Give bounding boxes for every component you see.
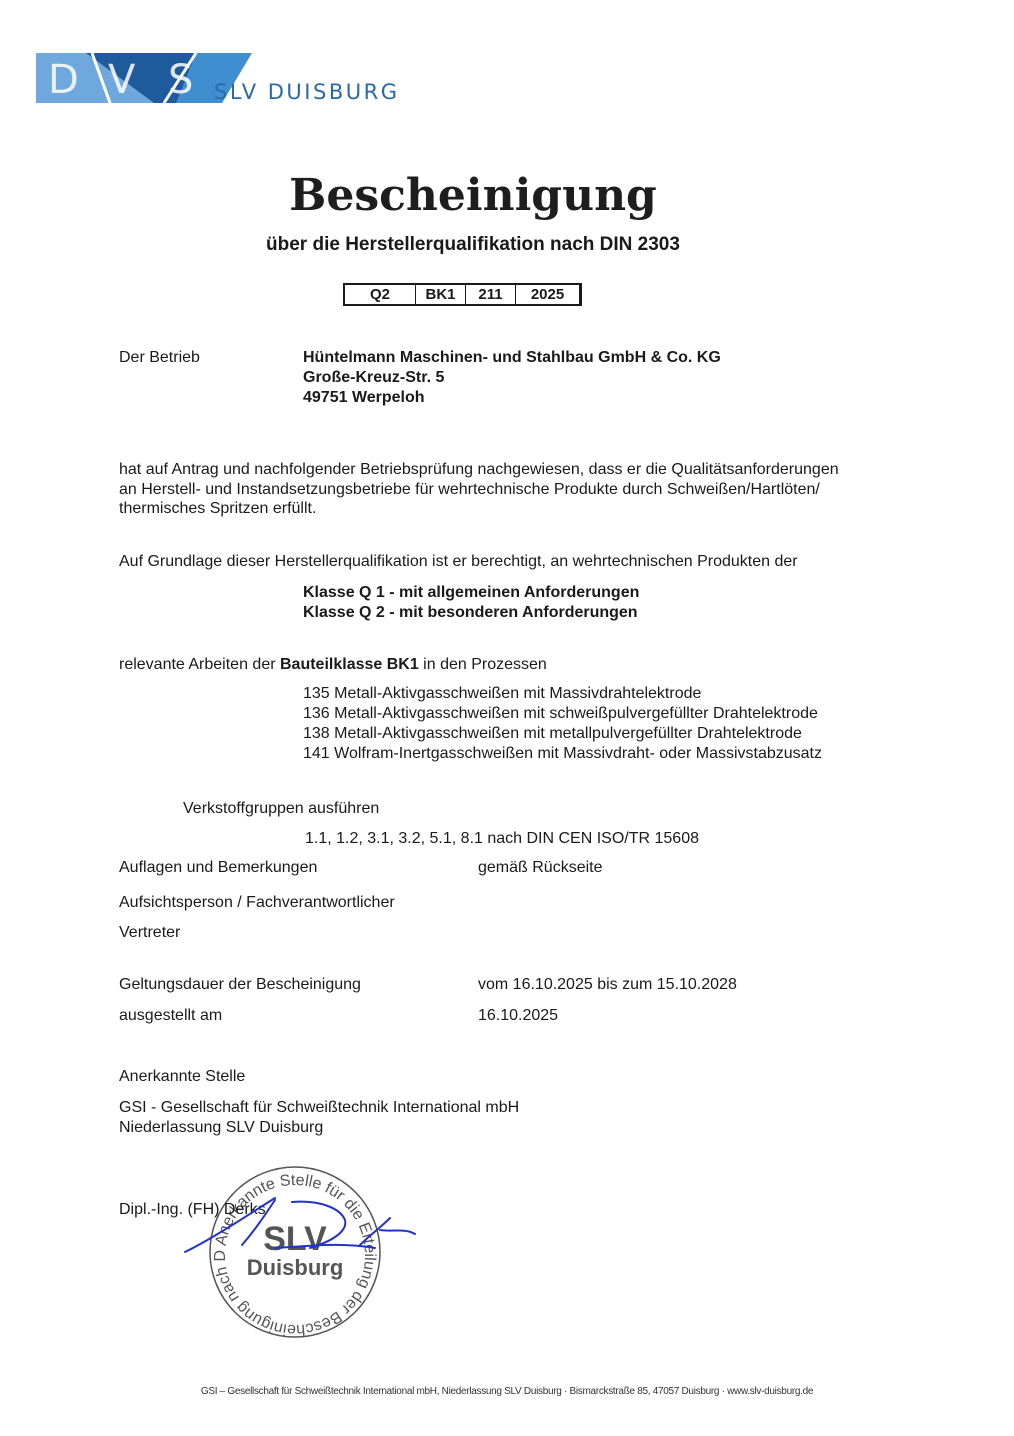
reference-number: 211 xyxy=(465,285,515,304)
supervisor-label: Aufsichtsperson / Fachverantwortlicher xyxy=(119,893,395,912)
remarks-label: Auflagen und Bemerkungen xyxy=(119,858,317,877)
class-q1: Klasse Q 1 - mit allgemeinen Anforderung… xyxy=(303,583,639,603)
deputy-label: Vertreter xyxy=(119,923,180,942)
statement-line: hat auf Antrag und nachfolgender Betrieb… xyxy=(119,460,909,480)
process-item: 141 Wolfram-Inertgasschweißen mit Massiv… xyxy=(303,744,822,764)
issued-label: ausgestellt am xyxy=(119,1006,222,1025)
component-class: Bauteilklasse BK1 xyxy=(280,656,419,673)
materials-value: 1.1, 1.2, 3.1, 3.2, 5.1, 8.1 nach DIN CE… xyxy=(305,829,699,848)
class-q2: Klasse Q 2 - mit besonderen Anforderunge… xyxy=(303,603,639,623)
authority-label: Anerkannte Stelle xyxy=(119,1067,245,1086)
validity-value: vom 16.10.2025 bis zum 15.10.2028 xyxy=(478,975,737,994)
reference-component-class: BK1 xyxy=(415,285,465,304)
validity-label: Geltungsdauer der Bescheinigung xyxy=(119,975,361,994)
process-item: 135 Metall-Aktivgasschweißen mit Massivd… xyxy=(303,684,822,704)
process-item: 138 Metall-Aktivgasschweißen mit metallp… xyxy=(303,724,822,744)
statement-line: thermisches Spritzen erfüllt. xyxy=(119,499,909,519)
company-label: Der Betrieb xyxy=(119,348,200,367)
statement-line: an Herstell- und Instandsetzungsbetriebe… xyxy=(119,480,909,500)
materials-label: Verkstoffgruppen ausführen xyxy=(183,799,379,818)
company-street: Große-Kreuz-Str. 5 xyxy=(303,368,721,388)
page-footer: GSI – Gesellschaft für Schweißtechnik In… xyxy=(0,1386,1014,1397)
document-subtitle: über die Herstellerqualifikation nach DI… xyxy=(0,234,946,256)
statement-paragraph: hat auf Antrag und nachfolgender Betrieb… xyxy=(119,460,909,519)
authority-branch: Niederlassung SLV Duisburg xyxy=(119,1118,323,1137)
relevant-work-text: relevante Arbeiten der Bauteilklasse BK1… xyxy=(119,655,547,674)
quality-classes: Klasse Q 1 - mit allgemeinen Anforderung… xyxy=(303,583,639,623)
signature xyxy=(180,1190,420,1270)
issued-value: 16.10.2025 xyxy=(478,1006,558,1025)
reference-year: 2025 xyxy=(515,285,579,304)
company-address: Hüntelmann Maschinen- und Stahlbau GmbH … xyxy=(303,348,721,408)
logo-letter-v: V xyxy=(108,57,136,103)
logo-letter-d: D xyxy=(48,57,79,103)
remarks-value: gemäß Rückseite xyxy=(478,858,603,877)
reference-number-box: Q2 BK1 211 2025 xyxy=(343,283,582,306)
signature-scribble xyxy=(180,1190,420,1270)
entitlement-text: Auf Grundlage dieser Herstellerqualifika… xyxy=(119,552,909,571)
process-item: 136 Metall-Aktivgasschweißen mit schweiß… xyxy=(303,704,822,724)
reference-class: Q2 xyxy=(345,285,415,304)
authority-name: GSI - Gesellschaft für Schweißtechnik In… xyxy=(119,1098,519,1117)
document-title: Bescheinigung xyxy=(0,170,946,221)
logo-subtitle: SLV DUISBURG xyxy=(214,80,399,104)
process-list: 135 Metall-Aktivgasschweißen mit Massivd… xyxy=(303,684,822,764)
company-name: Hüntelmann Maschinen- und Stahlbau GmbH … xyxy=(303,348,721,368)
company-city: 49751 Werpeloh xyxy=(303,388,721,408)
